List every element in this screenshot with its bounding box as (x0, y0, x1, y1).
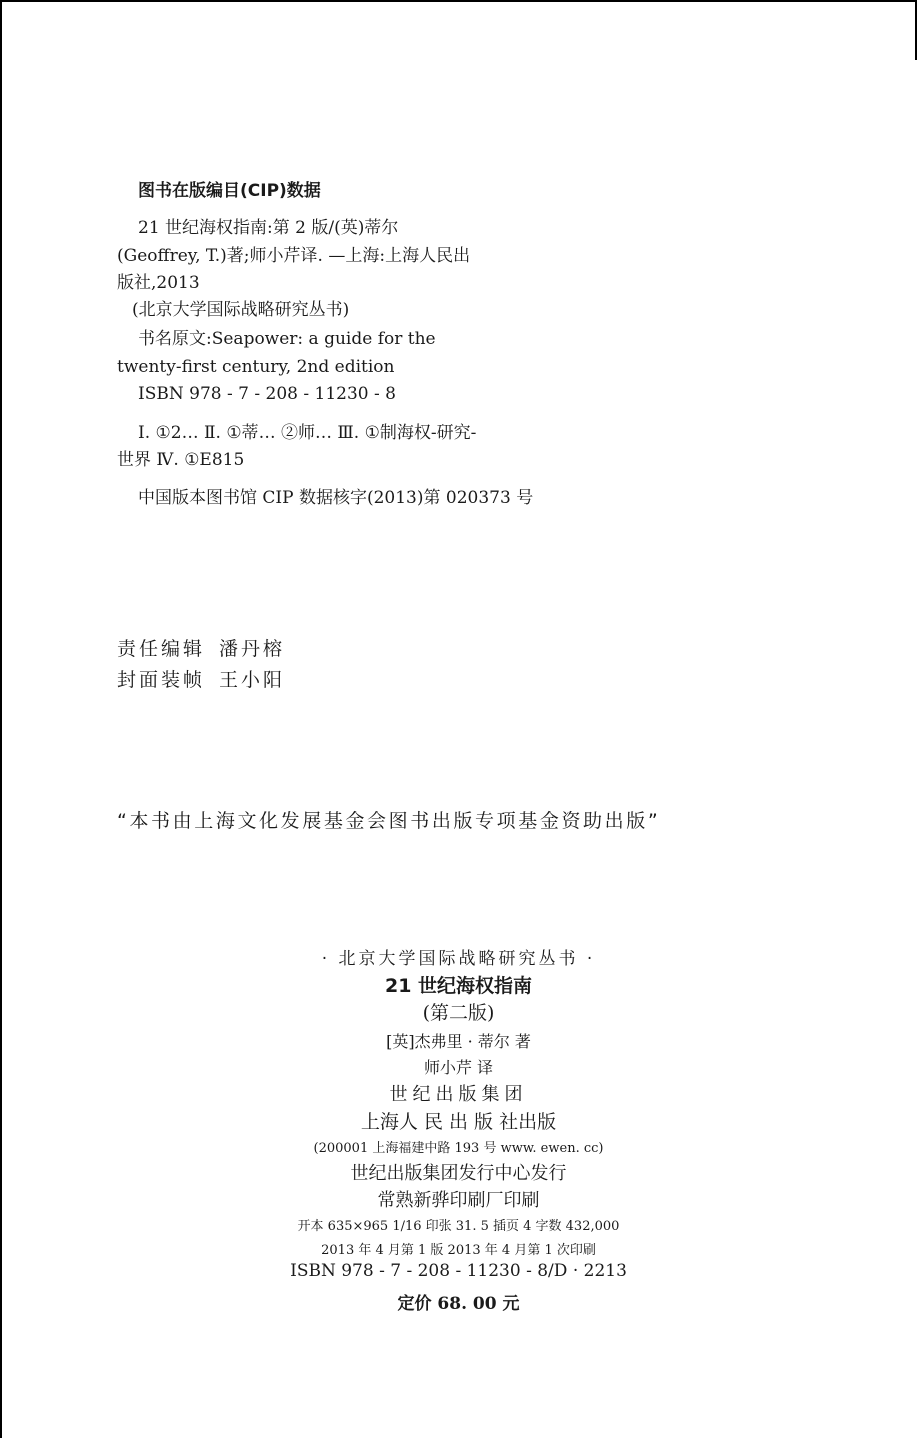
edition: (第二版) (0, 998, 917, 1025)
printer: 常熟新骅印刷厂印刷 (0, 1186, 917, 1212)
staff-row: 封面装帧王小阳 (117, 669, 285, 691)
cip-line: (北京大学国际战略研究丛书) (132, 299, 349, 321)
cip-line: 21 世纪海权指南:第 2 版/(英)蒂尔 (138, 217, 398, 239)
isbn-full: ISBN 978 - 7 - 208 - 11230 - 8/D · 2213 (0, 1261, 917, 1281)
series-name: · 北京大学国际战略研究丛书 · (0, 944, 917, 969)
publishing-group: 世纪出版集团 (0, 1080, 917, 1106)
price: 定价 68. 00 元 (0, 1289, 917, 1314)
cip-heading: 图书在版编目(CIP)数据 (138, 180, 321, 202)
cip-isbn: ISBN 978 - 7 - 208 - 11230 - 8 (138, 383, 396, 405)
staff-name: 潘丹榕 (219, 638, 285, 660)
cip-record-number: 中国版本图书馆 CIP 数据核字(2013)第 020373 号 (138, 487, 533, 509)
staff-row: 责任编辑潘丹榕 (117, 638, 285, 660)
funding-note: “本书由上海文化发展基金会图书出版专项基金资助出版” (117, 810, 660, 832)
staff-role: 封面装帧 (117, 669, 219, 691)
print-dates: 2013 年 4 月第 1 版 2013 年 4 月第 1 次印刷 (0, 1239, 917, 1258)
cip-line: (Geoffrey, T.)著;师小芹译. —上海:上海人民出 (117, 245, 470, 267)
cip-line: 书名原文:Seapower: a guide for the (138, 328, 436, 350)
cip-line: twenty-first century, 2nd edition (117, 356, 394, 378)
translator-credit: 师小芹 译 (0, 1055, 917, 1078)
book-title: 21 世纪海权指南 (0, 971, 917, 998)
cip-classification: Ⅰ. ①2… Ⅱ. ①蒂… ②师… Ⅲ. ①制海权-研究- (138, 422, 476, 444)
publisher: 上海人 民 出 版 社出版 (0, 1107, 917, 1134)
page-border-top (0, 0, 917, 2)
cip-line: 版社,2013 (117, 272, 200, 294)
print-specs: 开本 635×965 1/16 印张 31. 5 插页 4 字数 432,000 (0, 1215, 917, 1234)
cip-classification: 世界 Ⅳ. ①E815 (117, 449, 244, 471)
author-credit: [英]杰弗里 · 蒂尔 著 (0, 1029, 917, 1052)
distributor: 世纪出版集团发行中心发行 (0, 1159, 917, 1185)
staff-role: 责任编辑 (117, 638, 219, 660)
staff-name: 王小阳 (219, 669, 285, 691)
publisher-address: (200001 上海福建中路 193 号 www. ewen. cc) (0, 1137, 917, 1156)
